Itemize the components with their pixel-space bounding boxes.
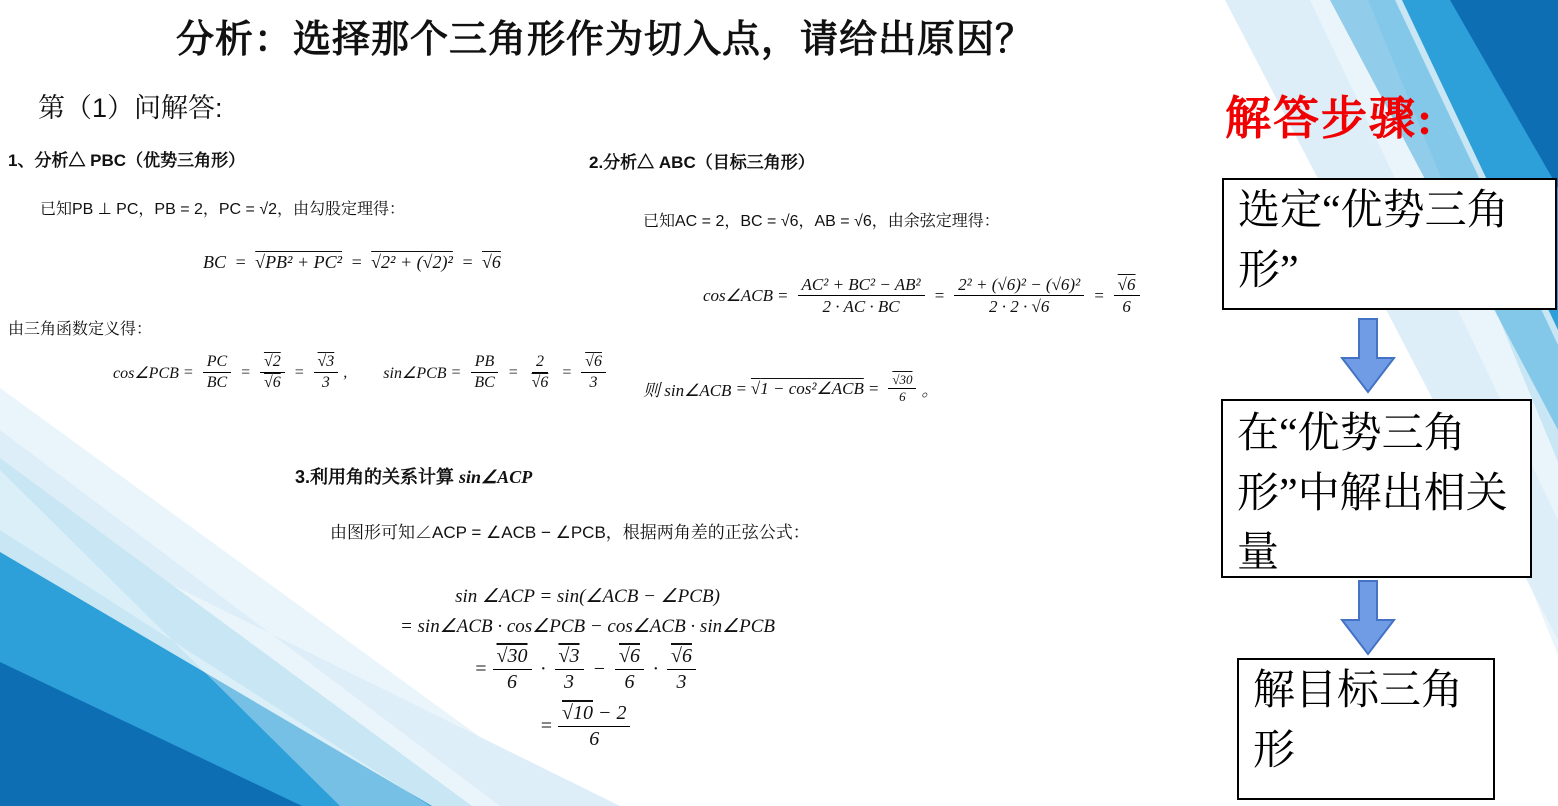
section-1-heading: 1、分析△ PBC（优势三角形）	[8, 146, 245, 171]
fraction: AC² + BC² − AB² 2 · AC · BC	[798, 274, 925, 318]
radical: 2² + (√2)²	[371, 252, 453, 272]
fraction: 3 3	[555, 644, 584, 695]
section-2-given-line: 已知AC = 2，BC = √6，AB = √6，由余弦定理得：	[643, 208, 1000, 231]
radical: 1 − cos²∠ACB	[751, 379, 864, 399]
fraction: 30 6	[493, 644, 532, 695]
radical: 6	[482, 252, 501, 272]
formula-cos-pcb-lhs: cos∠PCB	[113, 363, 179, 383]
fraction: 30 6	[888, 372, 916, 406]
formula-cos-sin-pcb: cos∠PCB = PC BC = 2 6 = 3 3 , sin∠PCB = …	[113, 352, 611, 393]
fraction: 2² + (√6)² − (√6)² 2 · 2 · √6	[954, 274, 1084, 318]
fraction: 3 3	[314, 352, 339, 393]
step-box-2: 在“优势三角形”中解出相关量	[1221, 399, 1532, 578]
section-3-explain-line: 由图形可知∠ACP = ∠ACB − ∠PCB，根据两角差的正弦公式：	[330, 518, 810, 543]
section-1-given-line: 已知PB ⊥ PC，PB = 2，PC = √2，由勾股定理得：	[40, 196, 405, 219]
steps-panel-title: 解答步骤:	[1225, 82, 1434, 148]
section-2-heading: 2.分析△ ABC（目标三角形）	[589, 148, 815, 173]
step-box-1: 选定“优势三角形”	[1222, 178, 1557, 310]
formula-sin-acb-pre: 则 sin∠ACB	[643, 376, 731, 401]
page-title: 分析：选择那个三角形作为切入点，请给出原因？	[30, 8, 1180, 63]
fraction: PB BC	[470, 352, 498, 393]
sin-acp-derivation: sin ∠ACP = sin(∠ACB − ∠PCB) = sin∠ACB · …	[300, 585, 875, 752]
presentation-slide: 分析：选择那个三角形作为切入点，请给出原因？ 第（1）问解答: 1、分析△ PB…	[0, 0, 1558, 806]
derivation-line-1: sin ∠ACP = sin(∠ACB − ∠PCB)	[300, 585, 875, 608]
derivation-line-4: = 10 − 2 6	[300, 701, 875, 752]
period: 。	[921, 376, 938, 401]
fraction: 6 6	[1114, 274, 1140, 318]
derivation-line-2: = sin∠ACB · cos∠PCB − cos∠ACB · sin∠PCB	[300, 615, 875, 638]
formula-bc-lhs: BC	[203, 252, 226, 272]
comma: ,	[343, 364, 347, 382]
fraction: 6 3	[667, 644, 696, 695]
flow-arrow-down-icon	[1338, 318, 1398, 394]
fraction: 6 3	[581, 352, 606, 393]
section-1-def-line: 由三角函数定义得：	[8, 316, 152, 339]
fraction: 10 − 2 6	[558, 701, 630, 752]
formula-cos-acb-lhs: cos∠ACB	[703, 286, 773, 306]
radical: PB² + PC²	[255, 252, 342, 272]
fraction: 6 6	[615, 644, 644, 695]
fraction: 2 6	[260, 352, 285, 393]
section-3-heading: 3.利用角的关系计算 sin∠ACP	[295, 463, 532, 489]
formula-sin-acb: 则 sin∠ACB = 1 − cos²∠ACB = 30 6 。	[643, 372, 938, 406]
derivation-line-3: = 30 6 · 3 3 − 6 6 · 6 3	[300, 644, 875, 695]
formula-bc: BC = PB² + PC² = 2² + (√2)² = 6	[203, 252, 501, 273]
fraction: 2 6	[528, 352, 553, 393]
problem-subtitle: 第（1）问解答:	[38, 86, 223, 125]
formula-cos-acb: cos∠ACB = AC² + BC² − AB² 2 · AC · BC = …	[703, 274, 1145, 318]
flow-arrow-down-icon	[1338, 580, 1398, 656]
fraction: PC BC	[203, 352, 231, 393]
formula-sin-pcb-lhs: sin∠PCB	[383, 363, 446, 383]
step-box-3: 解目标三角形	[1237, 658, 1495, 800]
